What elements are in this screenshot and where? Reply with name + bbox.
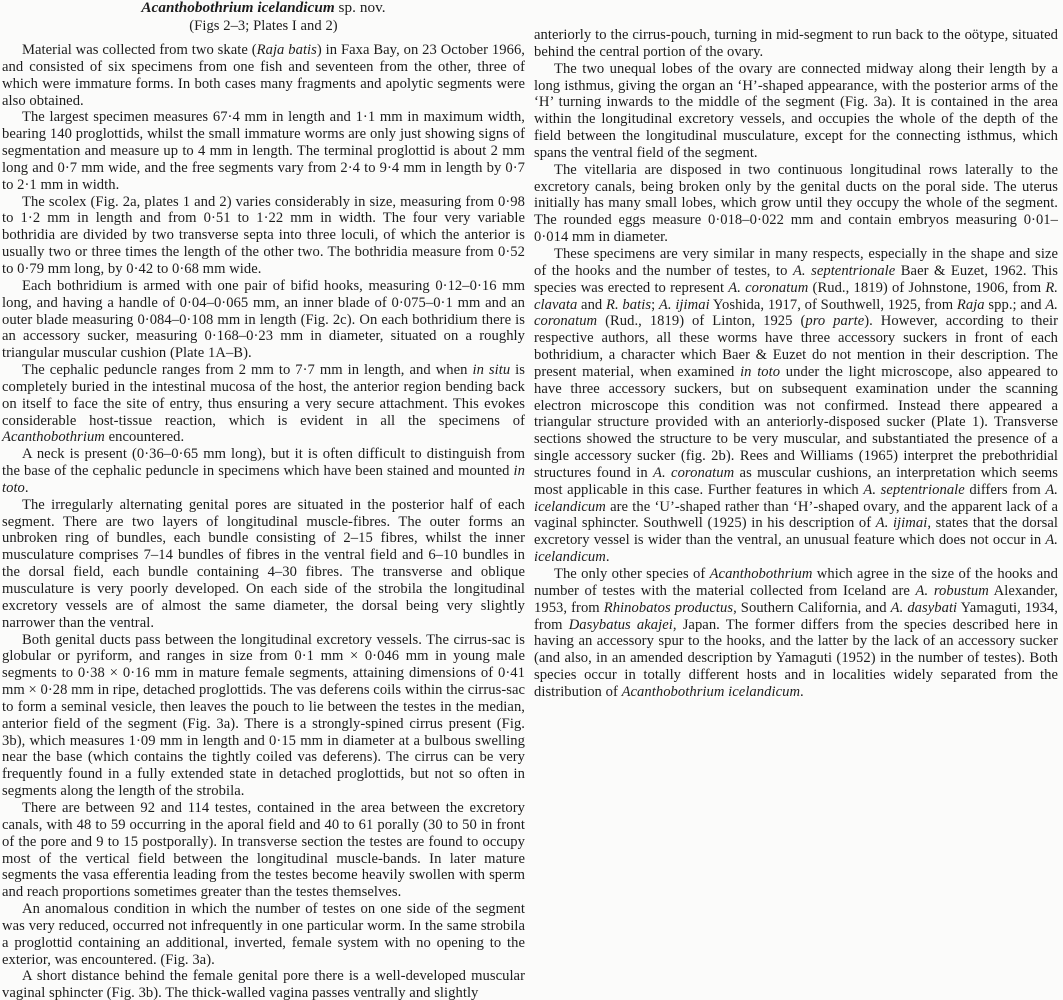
text-run: The only other species of xyxy=(554,566,710,582)
italic-term: in situ xyxy=(472,362,510,378)
italic-term: A. dasybati xyxy=(891,600,958,616)
left-column: Acanthobothrium icelandicum sp. nov. (Fi… xyxy=(2,0,525,1000)
italic-term: A. ijimai xyxy=(876,515,928,531)
paragraph: anteriorly to the cirrus-pouch, turning … xyxy=(534,27,1058,61)
species-status: sp. nov. xyxy=(335,0,386,16)
text-run: ; xyxy=(651,297,659,313)
species-heading: Acanthobothrium icelandicum sp. nov. xyxy=(2,0,525,17)
italic-term: A. septentrionale xyxy=(793,263,895,279)
paragraph: The two unequal lobes of the ovary are c… xyxy=(534,61,1058,162)
text-run: (Rud., 1819) of Johnstone, 1906, from xyxy=(808,280,1045,296)
text-run: Both genital ducts pass between the long… xyxy=(2,632,525,800)
paragraph: An anomalous condition in which the numb… xyxy=(2,901,525,968)
text-run: Each bothridium is armed with one pair o… xyxy=(2,278,525,361)
italic-term: R. batis xyxy=(606,297,651,313)
text-run: There are between 92 and 114 testes, con… xyxy=(2,800,525,900)
italic-term: A. coronatum xyxy=(653,465,734,481)
paragraph: Each bothridium is armed with one pair o… xyxy=(2,278,525,362)
paragraph: The vitellaria are disposed in two conti… xyxy=(534,162,1058,246)
text-run: The largest specimen measures 67·4 mm in… xyxy=(2,109,525,192)
text-run: . xyxy=(800,684,804,700)
text-run: under the light microscope, also appeare… xyxy=(534,364,1058,481)
text-run: differs from xyxy=(965,482,1046,498)
paragraph: The irregularly alternating genital pore… xyxy=(2,497,525,632)
italic-term: Acanthobothrium xyxy=(2,429,105,445)
paragraph: There are between 92 and 114 testes, con… xyxy=(2,800,525,901)
text-run: The irregularly alternating genital pore… xyxy=(2,497,525,631)
italic-term: A. septentrionale xyxy=(863,482,964,498)
text-run: , Southern California, and xyxy=(733,600,891,616)
text-run: The two unequal lobes of the ovary are c… xyxy=(534,61,1058,161)
paragraph: A neck is present (0·36–0·65 mm long), b… xyxy=(2,446,525,497)
species-name: Acanthobothrium icelandicum xyxy=(141,0,334,16)
paragraph: Material was collected from two skate (R… xyxy=(2,42,525,109)
text-run: (Rud., 1819) of Linton, 1925 ( xyxy=(597,313,805,329)
italic-term: A. coronatum xyxy=(728,280,808,296)
paragraph: The scolex (Fig. 2a, plates 1 and 2) var… xyxy=(2,194,525,278)
text-run: Yoshida, 1917, of Southwell, 1925, from xyxy=(710,297,957,313)
right-column: anteriorly to the cirrus-pouch, turning … xyxy=(534,27,1058,701)
left-column-body: Material was collected from two skate (R… xyxy=(2,42,525,1000)
italic-term: Raja batis xyxy=(257,42,317,58)
italic-term: pro parte xyxy=(805,313,864,329)
italic-term: A. robustum xyxy=(916,583,989,599)
paragraph: The only other species of Acanthobothriu… xyxy=(534,566,1058,701)
italic-term: Dasybatus akajei xyxy=(569,617,673,633)
paragraph: The largest specimen measures 67·4 mm in… xyxy=(2,109,525,193)
text-run: anteriorly to the cirrus-pouch, turning … xyxy=(534,27,1058,60)
paragraph: A short distance behind the female genit… xyxy=(2,968,525,1000)
text-run: A short distance behind the female genit… xyxy=(2,968,525,1000)
text-run: spp.; and xyxy=(985,297,1046,313)
text-run: . xyxy=(25,480,29,496)
italic-term: A. ijimai xyxy=(659,297,710,313)
paragraph: The cephalic peduncle ranges from 2 mm t… xyxy=(2,362,525,446)
text-run: An anomalous condition in which the numb… xyxy=(2,901,525,968)
figure-reference: (Figs 2–3; Plates I and 2) xyxy=(2,17,525,35)
italic-term: Raja xyxy=(957,297,985,313)
text-run: and xyxy=(577,297,606,313)
text-run: . xyxy=(606,549,610,565)
text-run: encountered. xyxy=(105,429,184,445)
italic-term: Acanthobothrium xyxy=(710,566,813,582)
italic-term: Acanthobothrium icelandicum xyxy=(622,684,800,700)
italic-term: in toto xyxy=(740,364,780,380)
text-run: The scolex (Fig. 2a, plates 1 and 2) var… xyxy=(2,194,525,277)
text-run: Material was collected from two skate ( xyxy=(22,42,257,58)
text-run: The vitellaria are disposed in two conti… xyxy=(534,162,1058,245)
text-run: The cephalic peduncle ranges from 2 mm t… xyxy=(22,362,472,378)
text-run: A neck is present (0·36–0·65 mm long), b… xyxy=(2,446,525,479)
paragraph: These specimens are very similar in many… xyxy=(534,246,1058,566)
paragraph: Both genital ducts pass between the long… xyxy=(2,632,525,800)
right-column-body: anteriorly to the cirrus-pouch, turning … xyxy=(534,27,1058,701)
italic-term: Rhinobatos productus xyxy=(604,600,733,616)
